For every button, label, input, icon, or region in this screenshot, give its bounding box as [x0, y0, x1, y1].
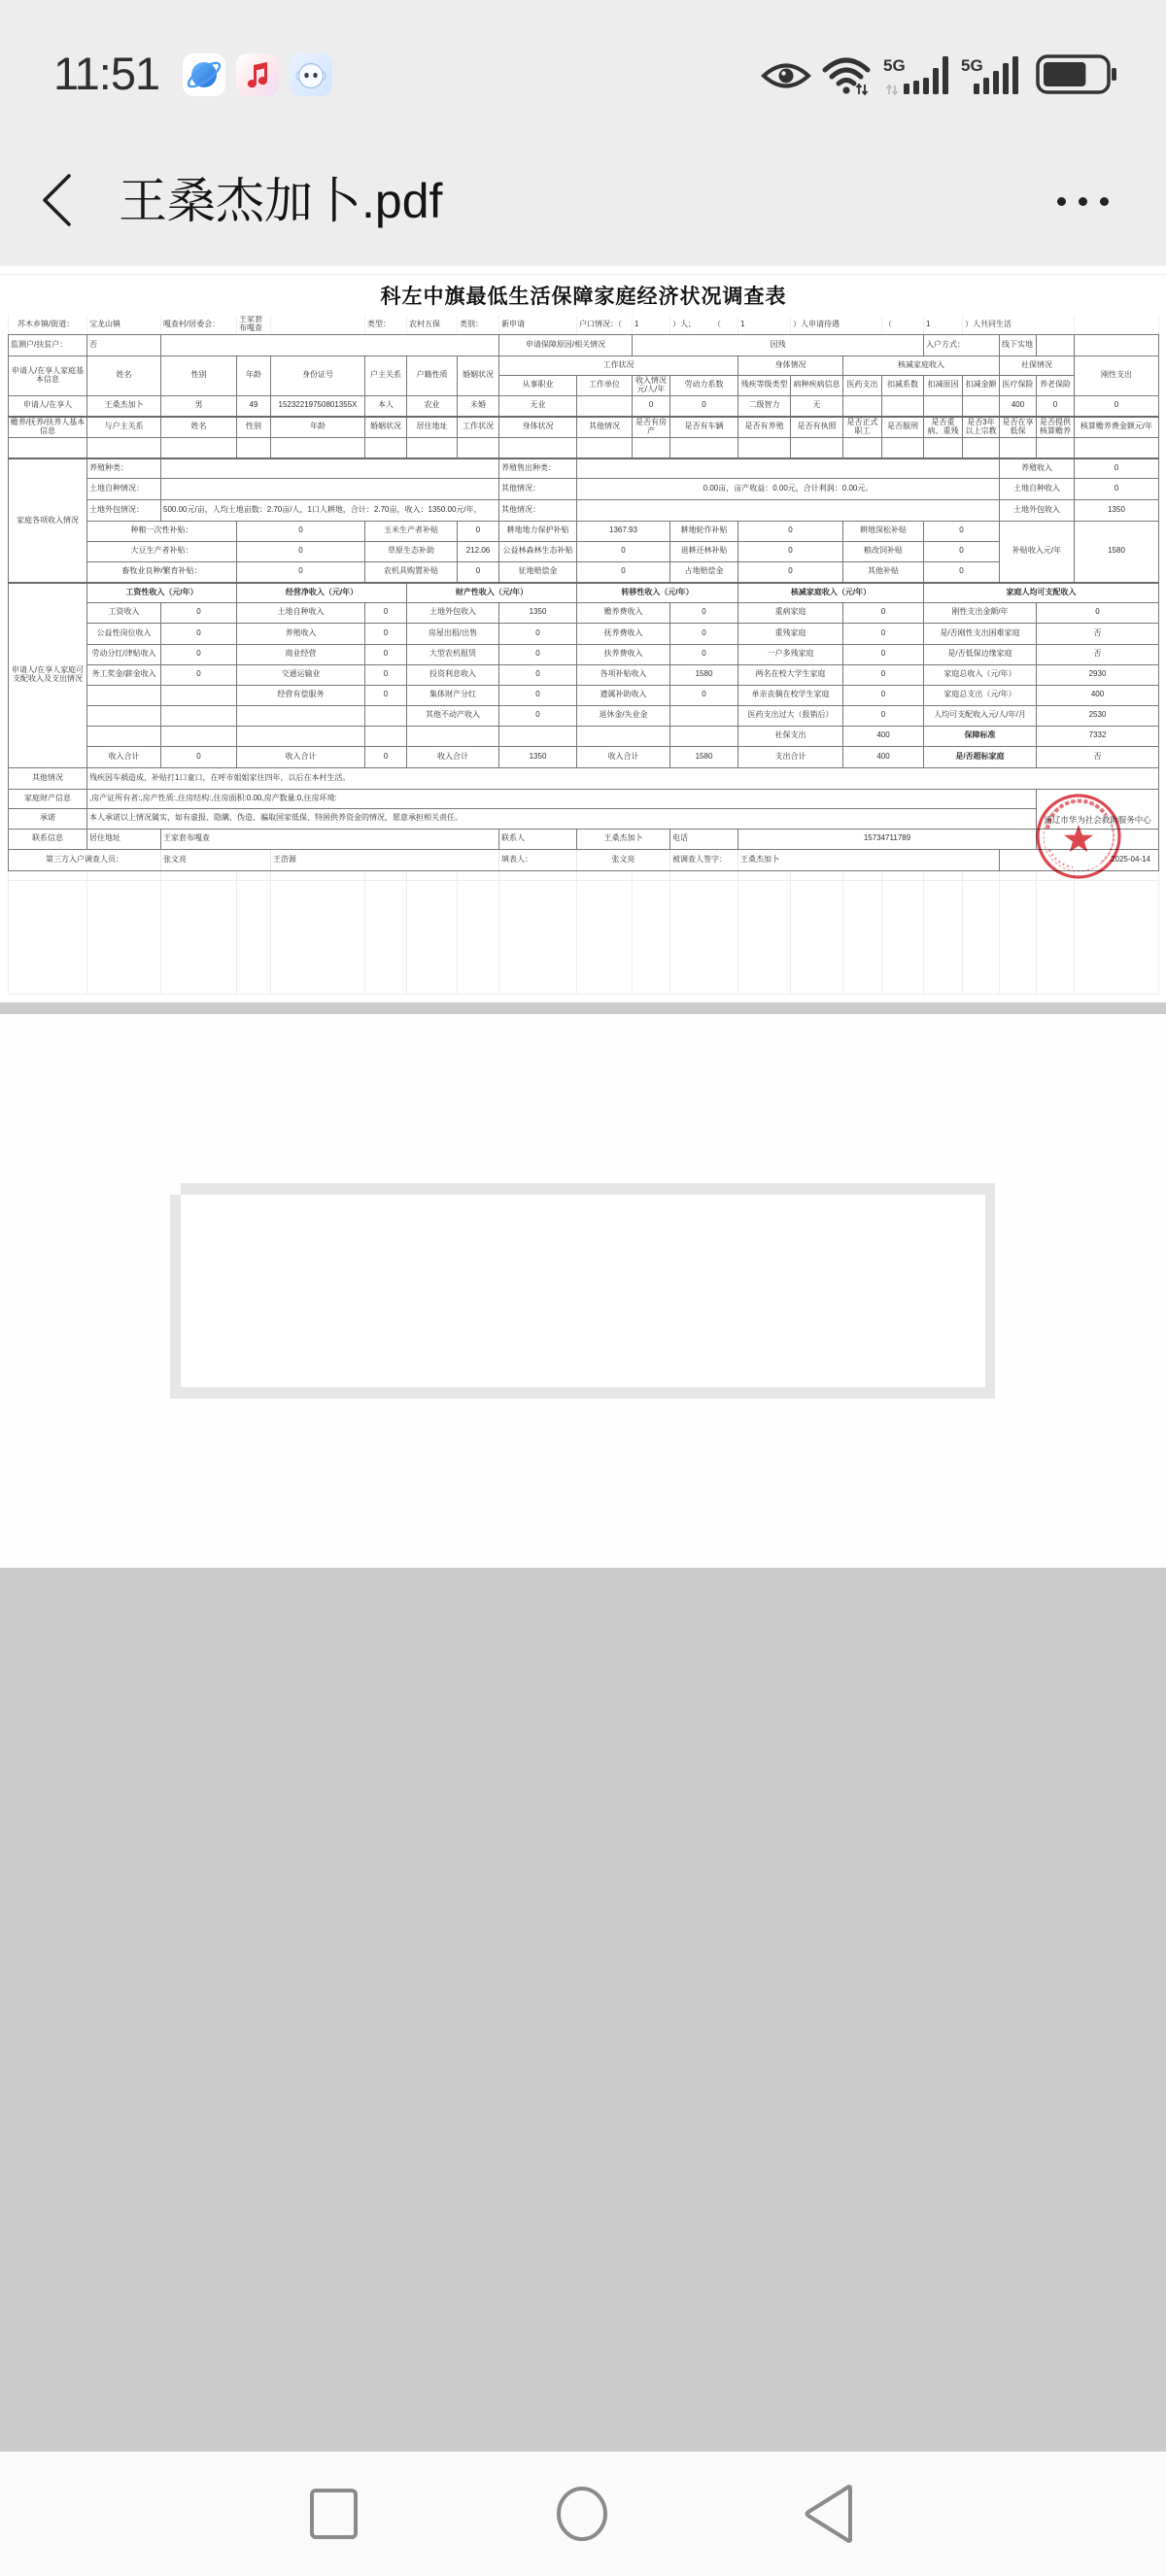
cell-empty — [458, 870, 499, 880]
empty-placeholder-box — [170, 1183, 995, 1399]
more-options-button[interactable] — [1051, 186, 1115, 216]
top-bar: 11:51 5G — [0, 0, 1166, 266]
cell-label: 养殖种类： — [87, 458, 161, 478]
cell-value — [161, 726, 237, 746]
cell-header: 养老保险 — [1037, 375, 1075, 395]
cell-label: 土地外包收入 — [1000, 499, 1075, 521]
cell-value: 0 — [365, 664, 407, 685]
cell-value: 否 — [87, 334, 161, 356]
cell-value: 否 — [1037, 746, 1159, 767]
cell-header: 医药支出 — [843, 375, 882, 395]
cell-empty — [1000, 437, 1037, 458]
seal-organization: 通辽市华为社会救助服务中心 — [1037, 789, 1159, 829]
cell-value: 49 — [237, 395, 271, 417]
cell-value: 0 — [365, 602, 407, 623]
cell-value: 0.00亩，亩产收益：0.00元，合计利润：0.00元。 — [577, 478, 1000, 499]
cell-header: 病种疾病信息 — [791, 375, 843, 395]
network-label-2: 5G — [961, 56, 983, 75]
cell-value: 400 — [843, 746, 924, 767]
cell-label: 申请人/在享人家庭基本信息 — [9, 356, 87, 395]
cell-value: 无 — [791, 395, 843, 417]
assistant-icon — [290, 53, 332, 96]
text: ）人； — [672, 320, 696, 328]
cell-empty — [1000, 870, 1037, 880]
battery-icon — [1036, 54, 1119, 95]
cell-label: 赡养费收入 — [577, 602, 670, 623]
cell-label: 抚养费收入 — [577, 623, 670, 644]
cell-label: 遗属补助收入 — [577, 685, 670, 705]
signature-value: 王桑杰加卜 — [738, 849, 1000, 870]
cell-value: 1350 — [1075, 499, 1159, 521]
cell-value: 0 — [670, 602, 738, 623]
cell-label: 联系信息 — [9, 829, 87, 849]
cell-value: 1350 — [499, 602, 577, 623]
cell-empty — [670, 437, 738, 458]
cell-empty — [843, 880, 882, 994]
cell-value: 500.00元/亩，人均土地亩数：2.70亩/人，1口人耕地，合计：2.70亩，… — [161, 499, 499, 521]
cell-value: 0 — [365, 685, 407, 705]
cell-header: 与户主关系 — [87, 417, 161, 437]
cell-label: 其他情况： — [499, 478, 577, 499]
cell-empty — [843, 870, 882, 880]
cell-label — [577, 726, 670, 746]
cell-header: 核算赡养费金额元/年 — [1075, 417, 1159, 437]
cell-header: 是否3年以上宗教 — [963, 417, 1000, 437]
cell-label: 劳动分红/津贴收入 — [87, 644, 161, 664]
cell-empty — [365, 880, 407, 994]
cell-header: 是否有车辆 — [670, 417, 738, 437]
cell-label: 家庭总收入（元/年） — [924, 664, 1037, 685]
survey-form-table: 科左中旗最低生活保障家庭经济状况调查表 苏木乡镇/街道： 宝龙山镇 嘎查村/居委… — [8, 279, 1159, 995]
table-row: 承诺 本人承诺以上情况属实，如有虚报、隐瞒、伪造、骗取国家低保、特困供养资金的情… — [9, 808, 1159, 829]
cell-label: 粮改饲补贴 — [843, 541, 924, 561]
network-label-1: 5G — [883, 56, 906, 75]
cell-label: 占地赔偿金 — [670, 561, 738, 583]
cell-header: 户籍性质 — [407, 356, 458, 395]
cell-empty — [633, 870, 670, 880]
recents-button[interactable] — [305, 2481, 363, 2547]
table-row: 畜牧业良种/繁育补贴： 0 农机具购置补贴 0 征地赔偿金 0 占地赔偿金 0 … — [9, 561, 1159, 583]
cell-value — [670, 726, 738, 746]
browser-icon — [183, 53, 225, 96]
cell-header: 是否正式职工 — [843, 417, 882, 437]
cell-empty — [271, 870, 365, 880]
table-row: 公益性岗位收入 0 养殖收入 0 房屋出租/出售 0 抚养费收入 0 重残家庭 … — [9, 623, 1159, 644]
cell-value: 0 — [843, 644, 924, 664]
cell-value: 0 — [843, 685, 924, 705]
cell-empty — [499, 437, 577, 458]
cell-value: 15232219750801355X — [271, 395, 365, 417]
table-row-total: 收入合计 0 收入合计 0 收入合计 1350 收入合计 1580 支出合计 4… — [9, 746, 1159, 767]
cell-header: 劳动力系数 — [670, 375, 738, 395]
cell-label: 填表人： — [499, 849, 577, 870]
cell-value: 男 — [161, 395, 237, 417]
cell-label: 收入合计 — [237, 746, 365, 767]
cell-value: 1 — [633, 316, 670, 334]
cell-value: 1350 — [499, 746, 577, 767]
cell-label: 家庭财产信息 — [9, 789, 87, 808]
cell-label: 支出合计 — [738, 746, 843, 767]
cell-value: 0 — [499, 685, 577, 705]
wifi-icon — [822, 54, 876, 95]
cell-label — [87, 705, 161, 726]
cell-empty — [633, 880, 670, 994]
cell-empty — [499, 870, 577, 880]
cell-value: 0 — [499, 644, 577, 664]
table-row: 工资收入 0 土地自种收入 0 土地外包收入 1350 赡养费收入 0 重病家庭… — [9, 602, 1159, 623]
cell-value: 1580 — [670, 746, 738, 767]
cell-empty — [577, 880, 633, 994]
cell-label: 退耕还林补贴 — [670, 541, 738, 561]
cell-empty — [963, 437, 1000, 458]
grid-row-empty — [9, 870, 1159, 880]
cell-label: 土地自种收入 — [1000, 478, 1075, 499]
cell-label: 征地赔偿金 — [499, 561, 577, 583]
pledge-text: 本人承诺以上情况属实，如有虚报、隐瞒、伪造、骗取国家低保、特困供养资金的情况，愿… — [87, 808, 1037, 829]
cell-empty — [577, 458, 1000, 478]
cell-label: 商业经营 — [237, 644, 365, 664]
table-row: 联系信息 居住地址 王家套布嘎查 联系人 王桑杰加卜 电话 1573471178… — [9, 829, 1159, 849]
cell-header: 居住地址 — [407, 417, 458, 437]
cell-empty — [1037, 880, 1075, 994]
table-row-empty — [9, 437, 1159, 458]
cell-label: （ — [882, 316, 924, 334]
cell-value — [365, 726, 407, 746]
cell-label: 公益性岗位收入 — [87, 623, 161, 644]
cell-empty — [882, 437, 924, 458]
cell-label: 医药支出过大（报销后） — [738, 705, 843, 726]
cell-value: 张文亮 — [161, 849, 271, 870]
cell-label: 土地自种情况： — [87, 478, 161, 499]
cell-header: 经营净收入（元/年） — [237, 583, 407, 602]
system-back-button[interactable] — [800, 2481, 858, 2547]
cell-label: 户口情况：（ — [577, 316, 633, 334]
circle-home-icon — [553, 2481, 611, 2547]
cell-label: 畜牧业良种/繁育补贴： — [87, 561, 237, 583]
cell-empty — [271, 880, 365, 994]
cell-label: 种粮一次性补贴： — [87, 521, 237, 541]
cell-label: 玉米生产者补贴 — [365, 521, 458, 541]
cell-header: 是否服刑 — [882, 417, 924, 437]
home-button[interactable] — [553, 2481, 611, 2547]
cell-value: 1580 — [1075, 521, 1159, 583]
cell-empty — [499, 880, 577, 994]
cell-value: 400 — [1000, 395, 1037, 417]
table-row: 第三方入户调查人员： 张文亮 王浩源 填表人： 张文亮 被调查人签字： 王桑杰加… — [9, 849, 1159, 870]
table-header-row: 赡养/抚养/扶养人基本信息 与户主关系 姓名 性别 年龄 婚姻状况 居住地址 工… — [9, 417, 1159, 437]
cell-empty — [738, 870, 791, 880]
cell-label: 农机具购置补贴 — [365, 561, 458, 583]
cell-label: 是/否刚性支出困难家庭 — [924, 623, 1037, 644]
cell-value: 农业 — [407, 395, 458, 417]
cell-header: 婚姻状况 — [458, 356, 499, 395]
cell-empty — [407, 870, 458, 880]
cell-header: 转移性收入（元/年） — [577, 583, 738, 602]
cell-value: 0 — [1037, 395, 1075, 417]
cell-label: 其他情况： — [499, 499, 577, 521]
cell-header: 身体状况 — [499, 417, 577, 437]
cell-value: 0 — [670, 685, 738, 705]
cell-label: 是/否低保边缘家庭 — [924, 644, 1037, 664]
cell-empty — [633, 437, 670, 458]
music-icon — [236, 53, 279, 96]
cell-label: 类别： — [458, 316, 499, 334]
cell-empty — [1075, 880, 1159, 994]
cell-header: 是否在享低保 — [1000, 417, 1037, 437]
cell-label: 单亲丧偶在校学生家庭 — [738, 685, 843, 705]
cell-empty — [161, 437, 237, 458]
cell-header: 从事职业 — [499, 375, 577, 395]
cell-header: 工作单位 — [577, 375, 633, 395]
table-header-row: 申请人/在享人家庭可支配收入及支出情况 工资性收入（元/年） 经营净收入（元/年… — [9, 583, 1159, 602]
cell-empty — [9, 880, 87, 994]
cell-label: 土地外包收入 — [407, 602, 499, 623]
cell-empty — [271, 437, 365, 458]
status-time: 11:51 — [53, 46, 159, 102]
cell-empty — [1075, 437, 1159, 458]
cell-empty — [161, 458, 499, 478]
cell-value: 0 — [499, 705, 577, 726]
cell-header: 刚性支出 — [1075, 356, 1159, 395]
cell-label: 大豆生产者补贴： — [87, 541, 237, 561]
cell-empty — [791, 437, 843, 458]
cell-label: 草原生态补助 — [365, 541, 458, 561]
cell-label: 苏木乡镇/街道： — [9, 316, 87, 334]
cell-value: 无业 — [499, 395, 577, 417]
triangle-back-icon — [800, 2481, 858, 2547]
cell-empty — [1075, 870, 1159, 880]
cell-label: 收入合计 — [87, 746, 161, 767]
cell-label — [237, 726, 365, 746]
cell-header: 工资性收入（元/年） — [87, 583, 237, 602]
cell-empty — [87, 870, 161, 880]
cell-empty — [882, 870, 924, 880]
survey-date: 2025-04-14 — [1000, 849, 1159, 870]
cell-label: 社保支出 — [738, 726, 843, 746]
cell-empty — [577, 437, 633, 458]
info-row: 苏木乡镇/街道： 宝龙山镇 嘎查村/居委会： 王家套布嘎查 类型： 农村五保 类… — [9, 316, 1159, 334]
cell-header: 性别 — [237, 417, 271, 437]
cell-header: 身份证号 — [271, 356, 365, 395]
cell-header: 年龄 — [237, 356, 271, 395]
cell-label: ）人申请待遇 — [791, 316, 882, 334]
cell-value: 0 — [843, 602, 924, 623]
cell-label: 刚性支出金额/年 — [924, 602, 1037, 623]
cell-value: 否 — [1037, 623, 1159, 644]
cell-value: 0 — [577, 541, 670, 561]
pdf-viewer[interactable]: 科左中旗最低生活保障家庭经济状况调查表 苏木乡镇/街道： 宝龙山镇 嘎查村/居委… — [0, 266, 1166, 2452]
cell-empty — [9, 870, 87, 880]
chevron-left-icon — [35, 169, 80, 231]
cell-value: 王桑杰加卜 — [577, 829, 670, 849]
table-row: 家庭财产信息 ,房产证所有者:,房产性质:,住房结构:,住房面积:0.00,房产… — [9, 789, 1159, 808]
table-row: 监测户/扶贫户： 否 申请保障原因/相关情况 因残 入户方式： 线下实地 — [9, 334, 1159, 356]
cell-value: 二级智力 — [738, 395, 791, 417]
cell-label: 交通运输业 — [237, 664, 365, 685]
section-label: 申请人/在享人家庭可支配收入及支出情况 — [9, 583, 87, 767]
cell-header: 是否有养殖 — [738, 417, 791, 437]
cell-label: 赡养/抚养/扶养人基本信息 — [9, 417, 87, 437]
cell-value: 2930 — [1037, 664, 1159, 685]
cell-value — [365, 705, 407, 726]
cell-label: 退休金/失业金 — [577, 705, 670, 726]
cell-empty — [882, 880, 924, 994]
page-edge-line — [0, 274, 1166, 275]
cell-label: 工资收入 — [87, 602, 161, 623]
cell-label: 集体财产分红 — [407, 685, 499, 705]
cell-label: 保障标准 — [924, 726, 1037, 746]
cell-value: 0 — [499, 664, 577, 685]
cell-empty — [1037, 870, 1075, 880]
system-nav-bar — [0, 2452, 1166, 2576]
cell-label: 重病家庭 — [738, 602, 843, 623]
square-recents-icon — [305, 2481, 363, 2547]
cell-label: 入户方式： — [924, 334, 1000, 356]
cell-label: 联系人 — [499, 829, 577, 849]
cell-value: 王家套布嘎查 — [237, 316, 271, 334]
cell-empty — [458, 880, 499, 994]
cell-label: 公益林森林生态补贴 — [499, 541, 577, 561]
cell-value: 0 — [365, 644, 407, 664]
cell-value: 2530 — [1037, 705, 1159, 726]
cell-header: 社保情况 — [1000, 356, 1075, 375]
cell-header: 姓名 — [161, 417, 237, 437]
cell-value: 1580 — [670, 664, 738, 685]
cell-empty — [924, 880, 963, 994]
cell-empty — [237, 880, 271, 994]
table-row: 劳动分红/津贴收入 0 商业经营 0 大型农机租赁 0 扶养费收入 0 一户多残… — [9, 644, 1159, 664]
cell-header: 姓名 — [87, 356, 161, 395]
table-row: 经营有偿服务 0 集体财产分红 0 遗属补助收入 0 单亲丧偶在校学生家庭 0 … — [9, 685, 1159, 705]
cell-value — [843, 395, 882, 417]
cell-value: 0 — [738, 541, 843, 561]
cell-value — [924, 395, 963, 417]
cell-value: 0 — [843, 664, 924, 685]
cell-value: 0 — [670, 623, 738, 644]
more-dots-icon — [1079, 197, 1087, 206]
cell-empty — [365, 870, 407, 880]
cell-value — [161, 685, 237, 705]
cell-value: 0 — [924, 521, 1000, 541]
cell-label: 扶养费收入 — [577, 644, 670, 664]
cell-label: 养殖收入 — [237, 623, 365, 644]
cell-label: 经营有偿服务 — [237, 685, 365, 705]
cell-value: 0 — [1075, 458, 1159, 478]
battery-level-fill — [1044, 62, 1085, 86]
document-title: 王桑杰加卜.pdf — [119, 171, 442, 231]
cell-empty — [161, 334, 499, 356]
cell-value: 农村五保 — [407, 316, 458, 334]
cell-header: 核减家庭收入（元/年） — [738, 583, 924, 602]
cell-header: 核减家庭收入 — [843, 356, 1000, 375]
cell-empty — [161, 870, 237, 880]
cell-value: 线下实地 — [1000, 334, 1037, 356]
cell-empty — [577, 870, 633, 880]
cell-value: 0 — [237, 561, 365, 583]
cell-header: 其他情况 — [577, 417, 633, 437]
cell-header: 年龄 — [271, 417, 365, 437]
cell-value: 0 — [365, 746, 407, 767]
cell-value: 因残 — [633, 334, 924, 356]
table-row: 土地自种情况： 其他情况： 0.00亩，亩产收益：0.00元，合计利润：0.00… — [9, 478, 1159, 499]
cell-value: 否 — [1037, 644, 1159, 664]
cell-label: 第三方入户调查人员： — [9, 849, 161, 870]
cell-value: 0 — [738, 521, 843, 541]
cell-value: 0 — [161, 623, 237, 644]
cell-label: 土地外包情况： — [87, 499, 161, 521]
cell-empty — [1037, 334, 1075, 356]
other-notes: 残疾因车祸造成，补贴打1口童口，在呼市姐姐家住四年，以后在本村生活。 — [87, 767, 1159, 789]
table-row: 大豆生产者补贴： 0 草原生态补助 212.06 公益林森林生态补贴 0 退耕还… — [9, 541, 1159, 561]
back-button[interactable] — [35, 169, 80, 231]
cell-empty — [237, 870, 271, 880]
cell-empty — [924, 437, 963, 458]
cell-value: 0 — [577, 561, 670, 583]
cell-empty — [738, 437, 791, 458]
cell-empty — [161, 478, 499, 499]
cell-value: 212.06 — [458, 541, 499, 561]
cell-empty — [87, 437, 161, 458]
eye-icon — [761, 63, 811, 88]
cell-label: 养殖收入 — [1000, 458, 1075, 478]
table-row: 其他不动产收入 0 退休金/失业金 医药支出过大（报销后） 0 人均可支配收入元… — [9, 705, 1159, 726]
cell-empty — [237, 437, 271, 458]
cell-value — [577, 395, 633, 417]
cell-empty — [407, 880, 458, 994]
table-row: 务工奖金/薪金收入 0 交通运输业 0 投资利息收入 0 各项补贴收入 1580… — [9, 664, 1159, 685]
cell-header: 是否重病、重残 — [924, 417, 963, 437]
cell-label: 各项补贴收入 — [577, 664, 670, 685]
table-row: 社保支出 400 保障标准 7332 — [9, 726, 1159, 746]
cell-empty — [924, 870, 963, 880]
cell-value — [670, 705, 738, 726]
cell-value: 0 — [161, 644, 237, 664]
section-label: 家庭各项收入情况 — [9, 458, 87, 583]
cell-label: 其他不动产收入 — [407, 705, 499, 726]
cell-label: ）人；（ — [670, 316, 738, 334]
cell-empty — [1000, 880, 1037, 994]
cell-label: 土地自种收入 — [237, 602, 365, 623]
table-row: 土地外包情况： 500.00元/亩，人均土地亩数：2.70亩/人，1口人耕地，合… — [9, 499, 1159, 521]
cell-header: 收入情况元/人/年 — [633, 375, 670, 395]
cell-value: 0 — [458, 521, 499, 541]
cell-label: 耕地深松补贴 — [843, 521, 924, 541]
cell-value — [882, 395, 924, 417]
cell-value: 0 — [1075, 395, 1159, 417]
cell-empty — [963, 880, 1000, 994]
cell-empty — [963, 870, 1000, 880]
box-corner — [170, 1183, 181, 1195]
cell-empty — [365, 437, 407, 458]
cell-value: 0 — [365, 623, 407, 644]
cell-header: 身体情况 — [738, 356, 843, 375]
cell-value: 0 — [843, 705, 924, 726]
cell-header: 工作状况 — [458, 417, 499, 437]
cell-value: 0 — [161, 664, 237, 685]
cell-empty — [843, 437, 882, 458]
cell-value: 0 — [924, 561, 1000, 583]
cell-header: 扣减原因 — [924, 375, 963, 395]
signal-5g-icon: 5G — [882, 53, 952, 96]
cell-label: 其他补贴 — [843, 561, 924, 583]
cell-value: 1367.93 — [577, 521, 670, 541]
cell-header: 医疗保险 — [1000, 375, 1037, 395]
cell-value: 7332 — [1037, 726, 1159, 746]
cell-empty — [458, 437, 499, 458]
cell-label: 房屋出租/出售 — [407, 623, 499, 644]
cell-empty — [1037, 829, 1159, 849]
table-row: 其他情况 残疾因车祸造成，补贴打1口童口，在呼市姐姐家住四年，以后在本村生活。 — [9, 767, 1159, 789]
